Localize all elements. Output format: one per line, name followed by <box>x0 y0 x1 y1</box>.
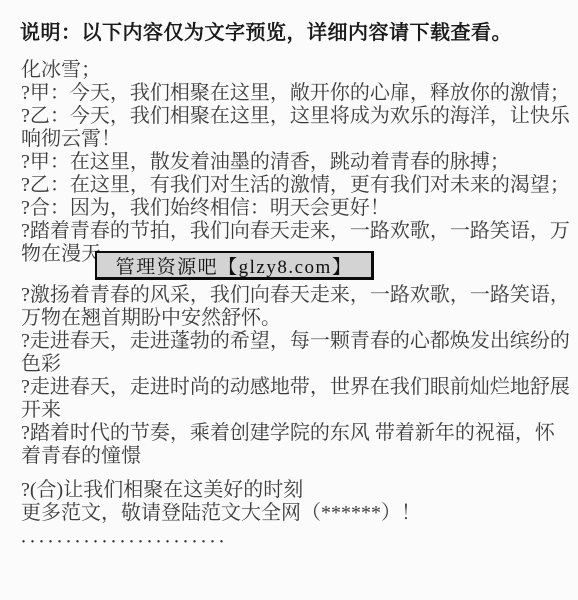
preview-text-body: 化冰雪； ?甲：今天，我们相聚在这里，敞开你的心扉，释放你的激情； ?乙：今天，… <box>21 59 569 554</box>
text-line: 更多范文，敬请登陆范文大全网（******）！ <box>21 502 569 525</box>
text-line: ?走进春天，走进时尚的动感地带，世界在我们眼前灿烂地舒展 <box>21 376 569 399</box>
text-line: ?激扬着青春的风采，我们向春天走来，一路欢歌，一路笑语， <box>21 284 569 307</box>
preview-notice-heading: 说明：以下内容仅为文字预览，详细内容请下载查看。 <box>20 16 512 45</box>
document-preview-page: 说明：以下内容仅为文字预览，详细内容请下载查看。 化冰雪； ?甲：今天，我们相聚… <box>0 0 578 600</box>
text-line: ?乙：今天，我们相聚在这里，这里将成为欢乐的海洋，让快乐 <box>21 105 569 128</box>
text-line: ?乙：在这里，有我们对生活的激情，更有我们对未来的渴望； <box>21 174 569 197</box>
text-line: ?踏着青春的节拍，我们向春天走来，一路欢歌，一路笑语，万 <box>21 220 569 243</box>
text-line: ?合：因为，我们始终相信：明天会更好！ <box>21 197 569 220</box>
watermark-box: 管理资源吧【glzy8.com】 <box>95 251 374 280</box>
text-line: ?甲：今天，我们相聚在这里，敞开你的心扉，释放你的激情； <box>21 82 569 105</box>
text-line: ?(合)让我们相聚在这美好的时刻 <box>21 479 569 502</box>
text-line: 开来 <box>21 399 569 422</box>
text-line: ?走进春天，走进蓬勃的希望，每一颗青春的心都焕发出缤纷的 <box>21 330 569 353</box>
text-line: 化冰雪； <box>21 59 569 82</box>
text-line: 色彩 <box>21 353 569 376</box>
text-line: 万物在翘首期盼中安然舒怀。 <box>21 307 569 330</box>
text-line: ?踏着时代的节奏，乘着创建学院的东风 带着新年的祝福，怀 <box>21 422 569 445</box>
text-line: ?甲：在这里，散发着油墨的清香，跳动着青春的脉搏； <box>21 151 569 174</box>
watermark-site-label: 管理资源吧【glzy8.com】 <box>116 252 353 279</box>
text-line: 着青春的憧憬 <box>21 445 569 468</box>
dotted-line: ······················· <box>21 531 569 554</box>
text-line: 响彻云霄！ <box>21 128 569 151</box>
